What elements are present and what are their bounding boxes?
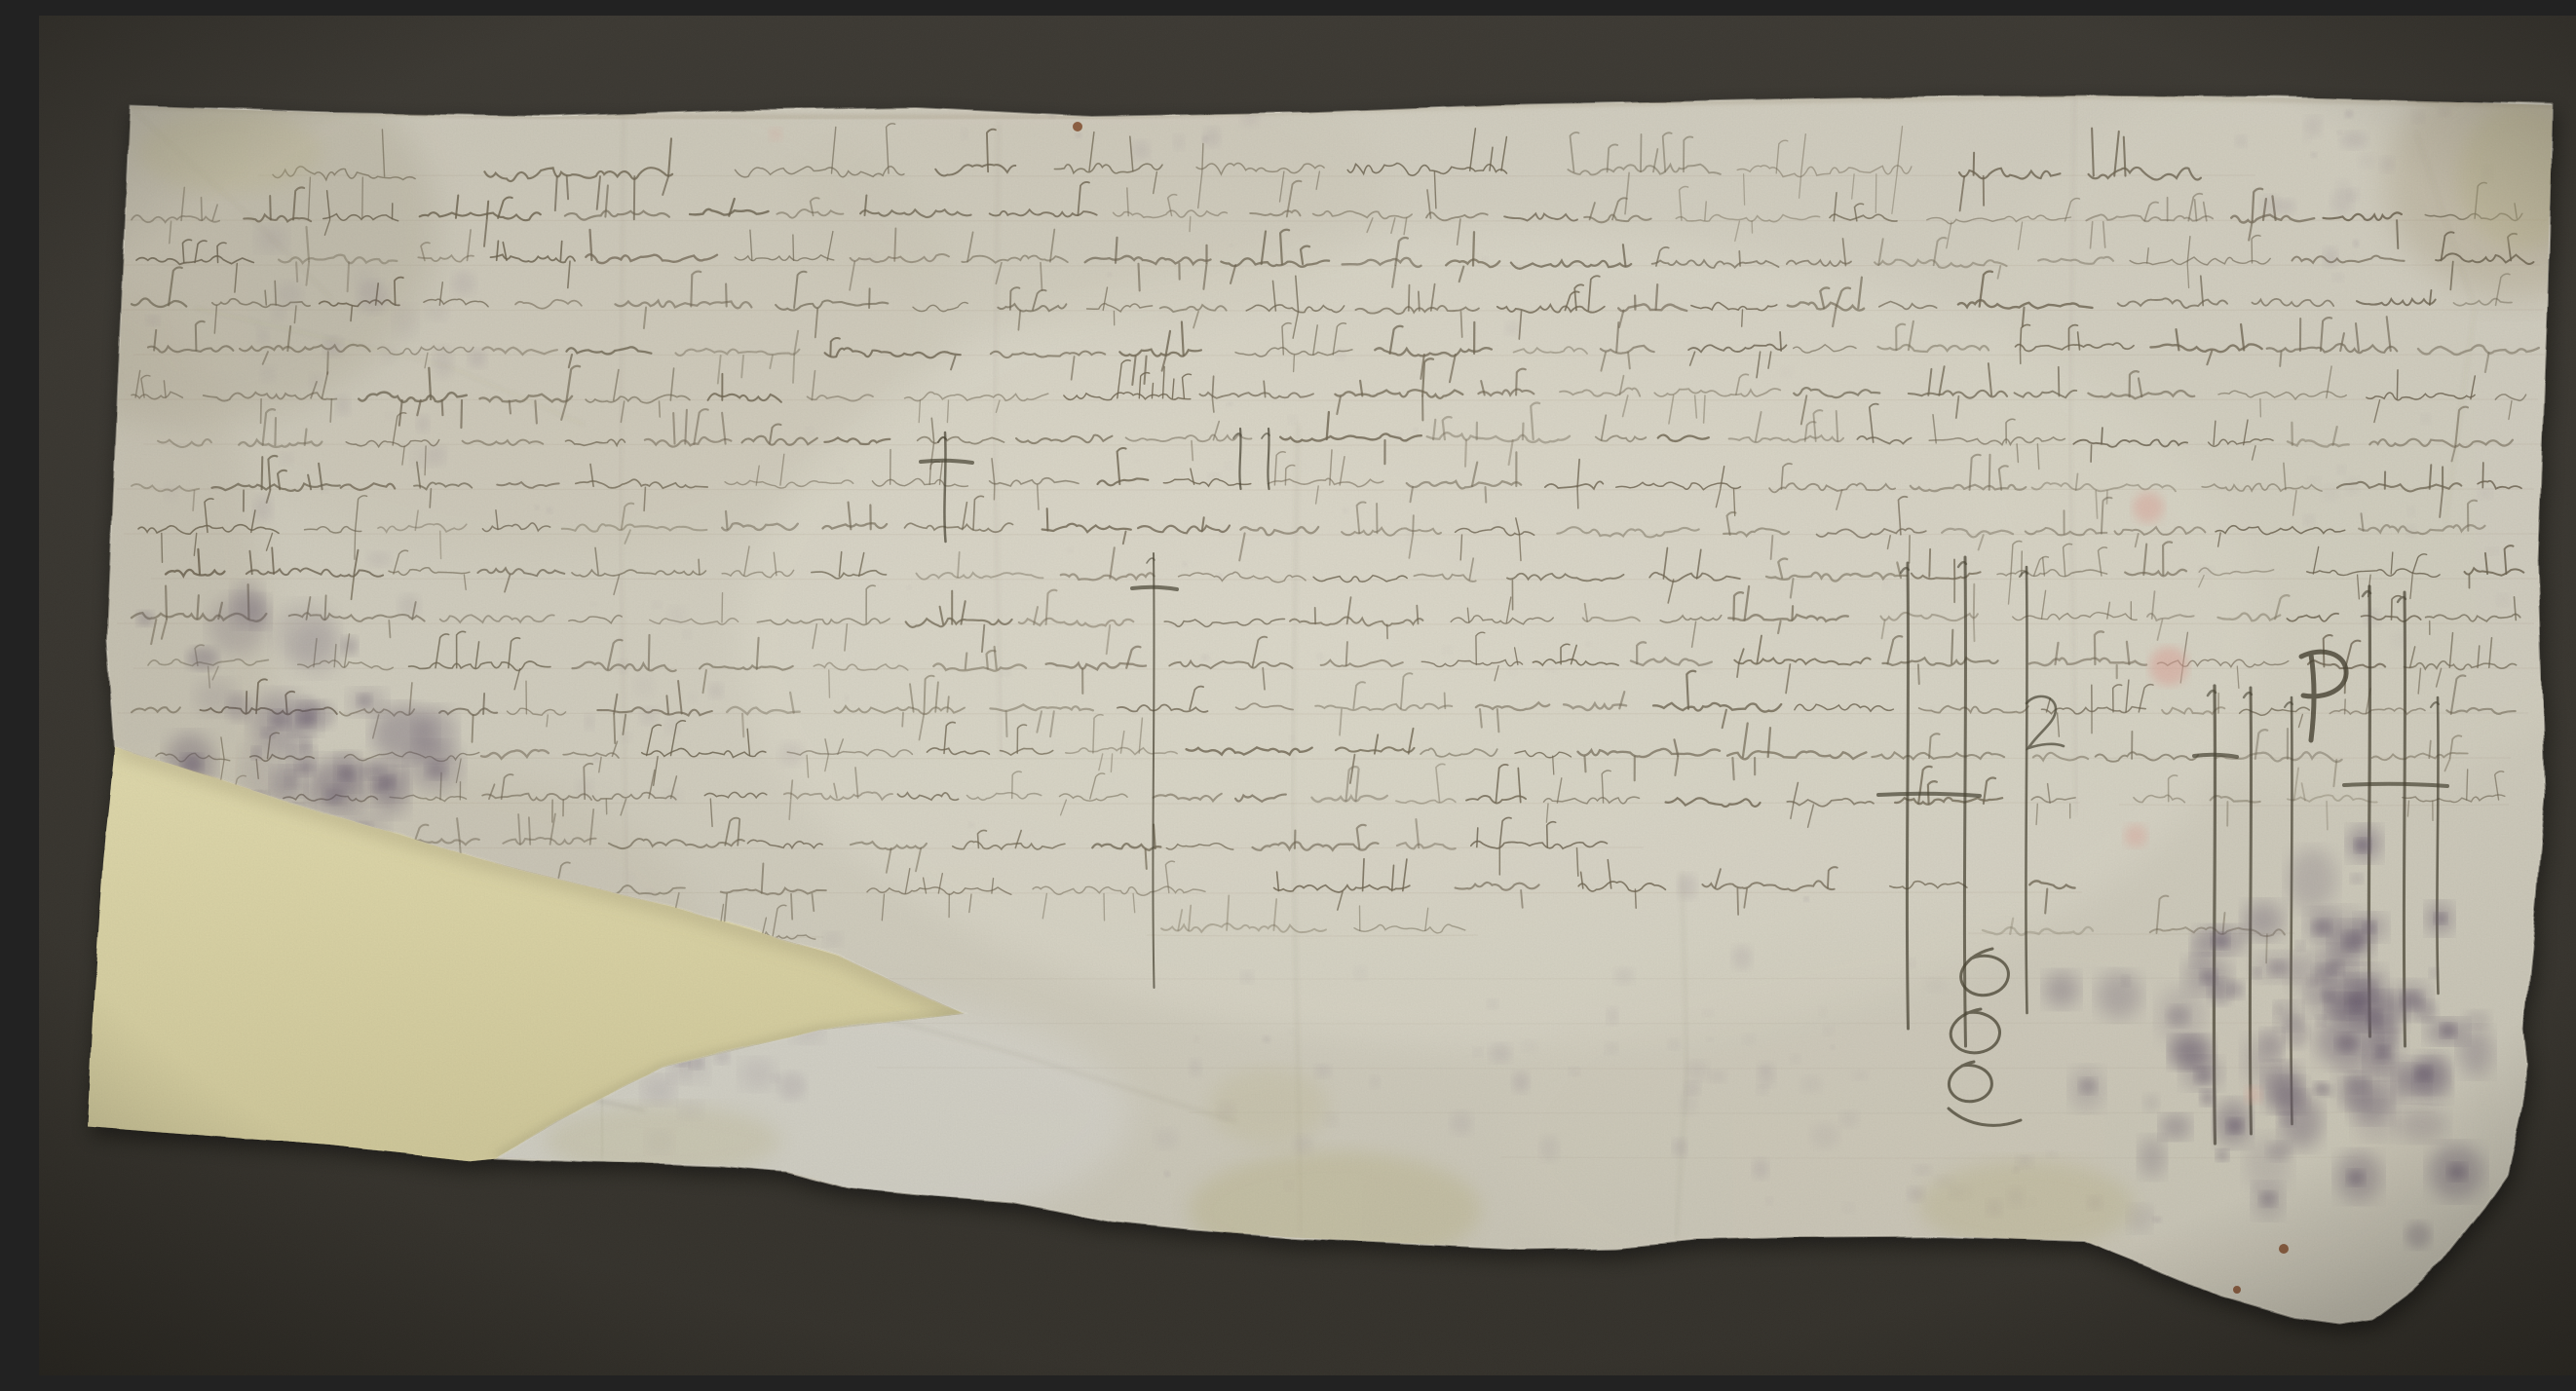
parchment-scene xyxy=(39,16,2576,1375)
manuscript-photo: Photograph of a medieval parchment chart… xyxy=(39,16,2576,1375)
vignette xyxy=(39,16,2576,1375)
